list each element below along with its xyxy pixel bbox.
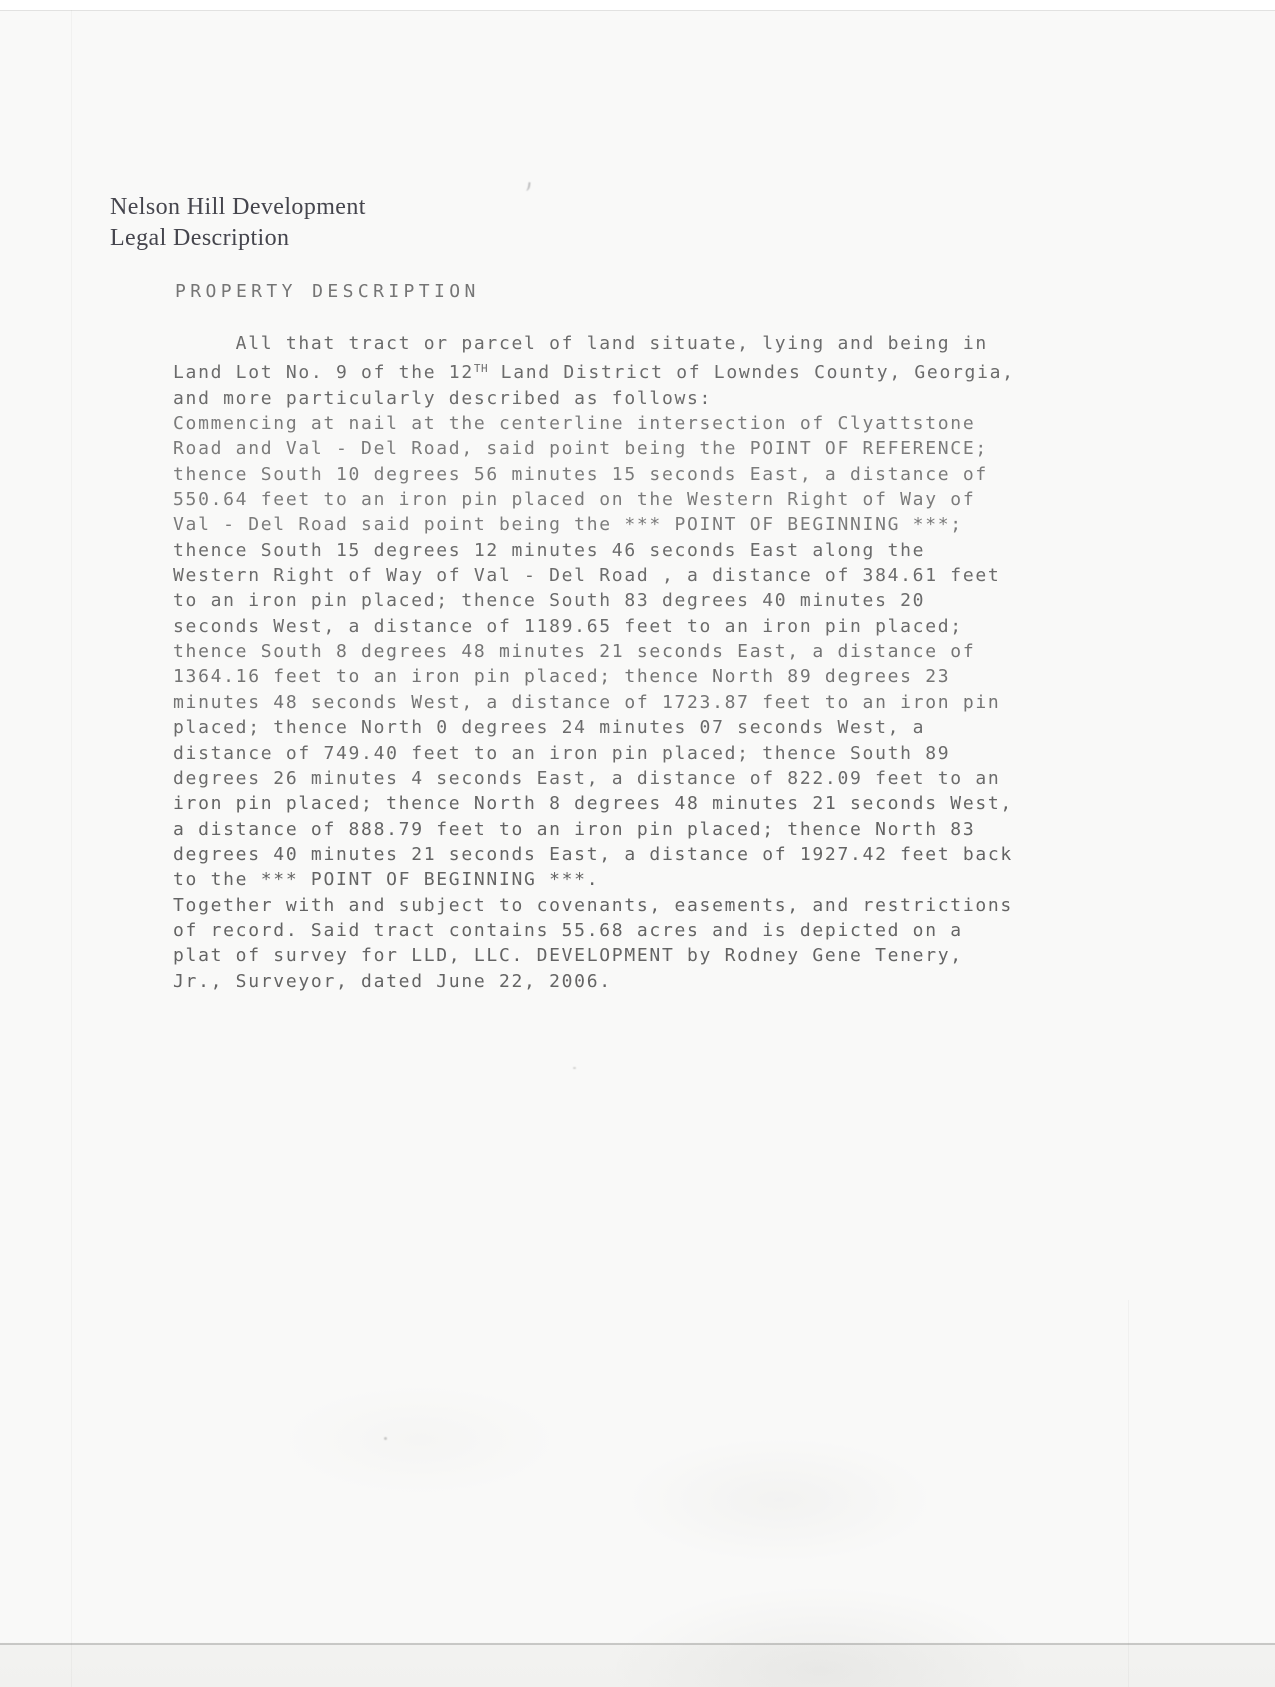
body-line: thence South 8 degrees 48 minutes 21 sec… (173, 639, 1015, 664)
body-line: All that tract or parcel of land situate… (173, 331, 1015, 356)
letterhead-subtitle: Legal Description (110, 223, 366, 254)
scan-edge-top (0, 10, 1275, 11)
scan-fold-line-right (1128, 1300, 1129, 1687)
body-line: Land Lot No. 9 of the 12TH Land District… (173, 356, 1015, 385)
scan-speck (384, 1437, 387, 1440)
scan-speck (523, 182, 530, 192)
letterhead: Nelson Hill Development Legal Descriptio… (110, 192, 366, 254)
scan-edge-bottom (0, 1643, 1275, 1645)
body-line: Western Right of Way of Val - Del Road ,… (173, 563, 1015, 588)
body-line: distance of 749.40 feet to an iron pin p… (173, 741, 1015, 766)
body-line: degrees 40 minutes 21 seconds East, a di… (173, 842, 1015, 867)
body-line: to the *** POINT OF BEGINNING ***. (173, 867, 1015, 892)
body-line: plat of survey for LLD, LLC. DEVELOPMENT… (173, 943, 1015, 968)
body-line: to an iron pin placed; thence South 83 d… (173, 588, 1015, 613)
body-line: Val - Del Road said point being the *** … (173, 512, 1015, 537)
scanned-document-page: Nelson Hill Development Legal Descriptio… (0, 0, 1275, 1687)
scan-fold-line-left (71, 10, 72, 1687)
body-line: seconds West, a distance of 1189.65 feet… (173, 614, 1015, 639)
scan-speck (573, 1067, 576, 1069)
body-line: iron pin placed; thence North 8 degrees … (173, 791, 1015, 816)
section-title: PROPERTY DESCRIPTION (175, 281, 480, 302)
body-line: degrees 26 minutes 4 seconds East, a dis… (173, 766, 1015, 791)
body-line: Road and Val - Del Road, said point bein… (173, 436, 1015, 461)
body-line: Jr., Surveyor, dated June 22, 2006. (173, 969, 1015, 994)
body-line: and more particularly described as follo… (173, 386, 1015, 411)
letterhead-company: Nelson Hill Development (110, 192, 366, 223)
body-line: Commencing at nail at the centerline int… (173, 411, 1015, 436)
body-line: 550.64 feet to an iron pin placed on the… (173, 487, 1015, 512)
body-line: 1364.16 feet to an iron pin placed; then… (173, 664, 1015, 689)
body-line: thence South 10 degrees 56 minutes 15 se… (173, 462, 1015, 487)
body-line: a distance of 888.79 feet to an iron pin… (173, 817, 1015, 842)
body-line: of record. Said tract contains 55.68 acr… (173, 918, 1015, 943)
body-line: Together with and subject to covenants, … (173, 893, 1015, 918)
body-line: placed; thence North 0 degrees 24 minute… (173, 715, 1015, 740)
body-line: thence South 15 degrees 12 minutes 46 se… (173, 538, 1015, 563)
body-line: minutes 48 seconds West, a distance of 1… (173, 690, 1015, 715)
legal-description-body: All that tract or parcel of land situate… (173, 331, 1015, 994)
